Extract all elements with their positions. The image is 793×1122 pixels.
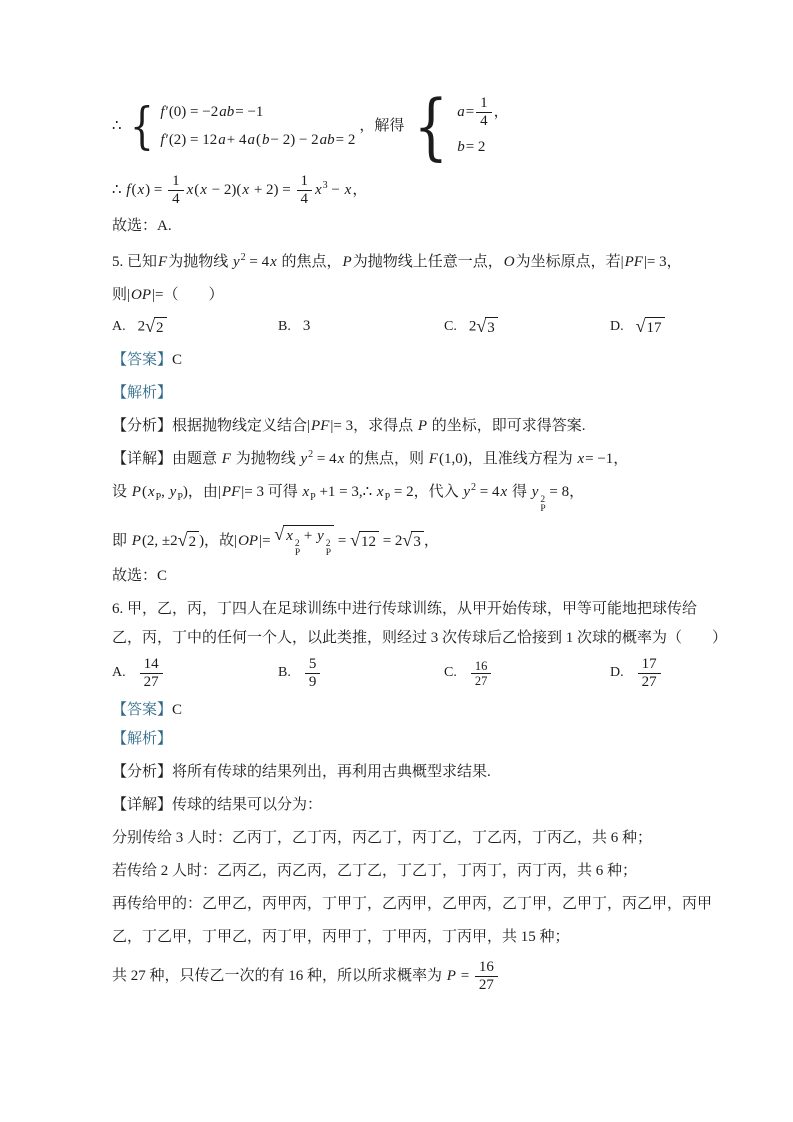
q6-case-three-people: 分别传给 3 人时：乙丙丁，乙丁丙，丙乙丁，丙丁乙，丁乙丙，丁丙乙，共 6 种； [112,827,698,849]
math-text: 的焦点， [278,254,342,270]
math-sqrt: √17 [636,317,665,337]
math-sqrt: √3 [476,317,497,337]
radicand: 3 [411,531,424,551]
math-text: − 2)( [208,182,241,198]
q6-option-d-label: D. [610,665,624,681]
math-text: = 2，代入 [390,484,462,500]
math-var: a [246,129,256,151]
q6-option-d: D. 1727 [610,656,663,691]
q6-option-a: A. 1427 [112,656,278,691]
math-var: ab [319,129,336,151]
cases-rows: f′(0) = −2ab = −1f′(2) = 12a + 4a(b − 2)… [159,101,355,151]
math-text: + [300,528,316,544]
math-text: 为坐标原点，若 [516,254,621,270]
math-var: x [186,182,195,198]
math-var: y [316,528,325,544]
math-text: = [466,101,474,123]
math-var: y [299,451,308,467]
q5-option-b-value: 3 [303,318,311,335]
math-var: x [500,484,509,500]
q5-detail-line1: 【详解】由题意 F 为抛物线 y2 = 4x 的焦点，则 F(1,0)，且准线方… [112,448,698,470]
q6-case-back-to-jia-line2: 乙，丁乙甲，丁甲乙，丙丁甲，丙甲丁，丁甲丙，丁丙甲，共 15 种； [112,926,698,948]
q6-option-b: B. 59 [278,656,444,691]
math-var: x [147,484,156,500]
math-sub: P [540,505,545,514]
math-var: b [261,129,271,151]
math-fraction: 14 [297,173,313,208]
math-fraction: 1627 [471,659,492,688]
q5-option-c-label: C. [444,319,457,335]
q6-options-row: A. 1427 B. 59 C. 1627 D. 1727 [112,656,698,691]
math-text: 设 [112,484,131,500]
math-var: x [241,182,250,198]
fraction-numerator: 1 [297,173,313,191]
fraction-numerator: 16 [471,659,492,674]
q6-analysis-header-label: 【解析】 [112,731,172,747]
q6-option-a-label: A. [112,665,126,681]
fraction-denominator: 27 [638,674,661,691]
q5-option-d-value: √17 [636,317,665,337]
q6-final-probability-line: 共 27 种，只传乙一次的有 16 种，所以所求概率为 P = 1627 [112,959,698,994]
math-var: x [337,451,346,467]
math-var: x [301,484,310,500]
q5-option-d: D. √17 [610,317,665,337]
math-var: b [456,136,466,158]
math-var: P [131,484,142,500]
q4-conclusion: 故选：A. [112,215,698,237]
q5-answer-line: 【答案】C [112,349,698,371]
fraction-denominator: 4 [168,191,184,208]
math-var: P [417,418,428,434]
q6-answer-value: C [172,702,182,718]
q5-option-a-value: 2√2 [138,317,167,337]
math-text: 共 27 种，只传乙一次的有 16 种，所以所求概率为 [112,968,446,984]
cases-brace: { [130,104,154,149]
radicand: 2 [154,317,167,337]
math-fraction: 1627 [475,959,498,994]
math-text: + 2) = [250,182,294,198]
document-page: ∴{f′(0) = −2ab = −1f′(2) = 12a + 4a(b − … [112,94,698,1005]
math-var: x [269,254,278,270]
math-text: ， [352,182,367,198]
fraction-denominator: 27 [475,977,498,994]
math-fraction: 1727 [638,656,661,691]
math-text: ′(2) = 12 [166,129,218,151]
q5-option-c: C. 2√3 [444,317,610,337]
q5-option-b: B. 3 [278,318,444,335]
fraction-denominator: 27 [471,674,492,688]
fraction-denominator: 4 [476,113,492,130]
math-var: y [232,254,241,270]
math-var: P [342,254,353,270]
math-text: ， [494,101,509,123]
q5-answer-label: 【答案】 [112,352,172,368]
fraction-denominator: 4 [297,191,313,208]
math-text: 为抛物线上任意一点， [353,254,503,270]
math-text: , [161,484,169,500]
q5-analysis-line: 【分析】根据抛物线定义结合|PF|= 3，求得点 P 的坐标，即可求得答案. [112,415,698,437]
cases-brace: { [414,94,448,159]
math-text: ∴ [112,182,125,198]
math-text: = [334,533,350,549]
fraction-numerator: 5 [305,656,321,674]
math-var: y [462,484,471,500]
fraction-numerator: 14 [140,656,163,674]
math-fraction: 1427 [140,656,163,691]
math-text: = 2 [379,533,402,549]
q6-option-b-label: B. [278,665,291,681]
radicand: 2 [187,531,200,551]
fraction-numerator: 16 [475,959,498,977]
math-var: F [221,451,232,467]
q6-option-c-label: C. [444,665,457,681]
math-cases: {f′(0) = −2ab = −1f′(2) = 12a + 4a(b − 2… [126,101,356,151]
math-text: 【详解】由题意 [112,451,221,467]
math-sub: P [326,549,331,558]
math-text: − [328,182,344,198]
math-fraction: 59 [305,656,321,691]
q6-option-c: C. 1627 [444,659,610,688]
cases-row: f′(0) = −2ab = −1 [159,101,263,123]
q5-stem-line2: 则|OP|=（ ） [112,284,698,306]
q6-option-c-value: 1627 [469,659,494,688]
cases-row: b = 2 [456,136,485,158]
math-var: PF [624,254,644,270]
math-text: 为抛物线 [168,254,232,270]
math-var: a [456,101,466,123]
math-text: +1 = 3,∴ [316,484,376,500]
q6-case-two-people: 若传给 2 人时：乙丙乙，丙乙丙，乙丁乙，丁乙丁，丁丙丁，丙丁丙，共 6 种； [112,860,698,882]
math-text: = 8， [546,484,584,500]
q5-analysis-header-label: 【解析】 [112,385,172,401]
math-text: = 2 [336,129,356,151]
math-text: |=（ ） [152,287,223,303]
math-text: (2, ±2 [142,533,178,549]
math-text: ，解得 [359,118,404,134]
q5-stem-line1: 5. 已知F为抛物线 y2 = 4x 的焦点，P为抛物线上任意一点，O为坐标原点… [112,251,698,273]
math-var: OP [130,287,152,303]
math-sqrt: √12 [350,531,379,551]
radicand: 17 [645,317,665,337]
math-sqrt: √2 [178,531,199,551]
fraction-numerator: 17 [638,656,661,674]
math-text: = −1， [585,451,628,467]
math-var: F [428,451,439,467]
math-text: − 2) − 2 [270,129,318,151]
q6-detail-intro: 【详解】传球的结果可以分为： [112,794,698,816]
q6-case-back-to-jia-line1: 再传给甲的：乙甲乙，丙甲丙，丁甲丁，乙丙甲，乙甲丙，乙丁甲，乙甲丁，丙乙甲，丙甲 [112,893,698,915]
cases-row: f′(2) = 12a + 4a(b − 2) − 2ab = 2 [159,129,355,151]
math-text: 【分析】根据抛物线定义结合 [112,418,307,434]
q6-answer-label: 【答案】 [112,702,172,718]
q6-answer-line: 【答案】C [112,699,698,721]
math-text: 得 [508,484,531,500]
math-text: 的焦点，则 [345,451,428,467]
math-text: = 4 [476,484,499,500]
math-text: )，故 [199,533,234,549]
math-fraction: 14 [168,173,184,208]
math-var: F [157,254,168,270]
math-var: y [531,484,540,500]
math-text: 的坐标，即可求得答案. [428,418,586,434]
math-text: (1,0)，且准线方程为 [439,451,577,467]
cases-row: a = 14， [456,95,508,130]
q6-option-b-value: 59 [303,656,323,691]
math-var: OP [237,533,259,549]
fraction-denominator: 9 [305,674,321,691]
math-text: 即 [112,533,131,549]
q4-solution-fx-line: ∴ f(x) = 14x(x − 2)(x + 2) = 14x3 − x， [112,173,698,208]
math-text: 2 [138,318,146,334]
math-sqrt: √3 [402,531,423,551]
math-text: |= 3，求得点 [330,418,416,434]
math-sqrt: √x2P + y2P [274,525,334,558]
q4-solution-system-line: ∴{f′(0) = −2ab = −1f′(2) = 12a + 4a(b − … [112,94,698,159]
math-text: )，由 [183,484,218,500]
q5-option-b-label: B. [278,319,291,335]
q5-conclusion: 故选：C [112,565,698,587]
math-var: P [131,533,142,549]
fraction-denominator: 27 [140,674,163,691]
q5-detail-line2: 设 P(xP, yP)，由|PF|= 3 可得 xP +1 = 3,∴ xP =… [112,481,698,514]
q5-answer-value: C [172,352,182,368]
math-var: a [217,129,227,151]
math-var: x [344,182,353,198]
math-text: |= 3， [644,254,682,270]
math-text: 2 [469,318,477,334]
math-text: |= 3 可得 [241,484,301,500]
q6-option-d-value: 1727 [636,656,663,691]
math-text: ′(0) = −2 [166,101,219,123]
math-var: x [314,182,323,198]
math-text: 5. 已知 [112,254,157,270]
math-text: ) = [145,182,166,198]
math-text: 则 [112,287,127,303]
q5-options-row: A. 2√2 B. 3 C. 2√3 D. √17 [112,317,698,337]
fraction-numerator: 1 [476,95,492,113]
math-text: + 4 [227,129,247,151]
radicand: 3 [485,317,498,337]
math-text: ∴ [112,118,122,134]
math-var: x [376,484,385,500]
q5-detail-line3: 即 P(2, ±2√2)，故|OP|= √x2P + y2P = √12 = 2… [112,525,698,558]
math-var: P [446,968,457,984]
q6-stem-line1: 6. 甲，乙，丙，丁四人在足球训练中进行传球训练，从甲开始传球，甲等可能地把球传… [112,598,698,620]
q6-analysis-header: 【解析】 [112,728,698,750]
radicand: x2P + y2P [283,525,334,558]
math-var: O [503,254,516,270]
fraction-numerator: 1 [168,173,184,191]
q5-option-c-value: 2√3 [469,317,498,337]
math-var: PF [310,418,330,434]
math-text: |= [259,533,274,549]
math-var: x [576,451,585,467]
math-cases: {a = 14，b = 2 [408,94,508,159]
math-text: = 4 [246,254,269,270]
math-var: PF [221,484,241,500]
math-text: = −1 [235,101,263,123]
math-supsub: 2P [326,540,331,558]
math-var: ab [218,101,235,123]
q5-option-a-label: A. [112,319,126,335]
math-var: x [199,182,208,198]
math-text: ， [424,533,439,549]
math-var: x [285,528,294,544]
cases-rows: a = 14，b = 2 [456,95,508,158]
q5-analysis-header: 【解析】 [112,382,698,404]
math-sub: P [295,549,300,558]
q6-analysis-line: 【分析】将所有传球的结果列出，再利用古典概型求结果. [112,761,698,783]
math-text: = 2 [466,136,486,158]
math-text: = [457,968,473,984]
q6-stem-line2: 乙，丙，丁中的任何一个人，以此类推，则经过 3 次传球后乙恰接到 1 次球的概率… [112,627,698,649]
math-text: = 4 [313,451,336,467]
radicand: 12 [359,531,379,551]
math-text: 3 [303,318,311,334]
math-fraction: 14 [476,95,492,130]
q6-option-a-value: 1427 [138,656,165,691]
q5-option-a: A. 2√2 [112,317,278,337]
math-text: 为抛物线 [232,451,300,467]
math-sqrt: √2 [145,317,166,337]
math-var: x [136,182,145,198]
q5-option-d-label: D. [610,319,624,335]
